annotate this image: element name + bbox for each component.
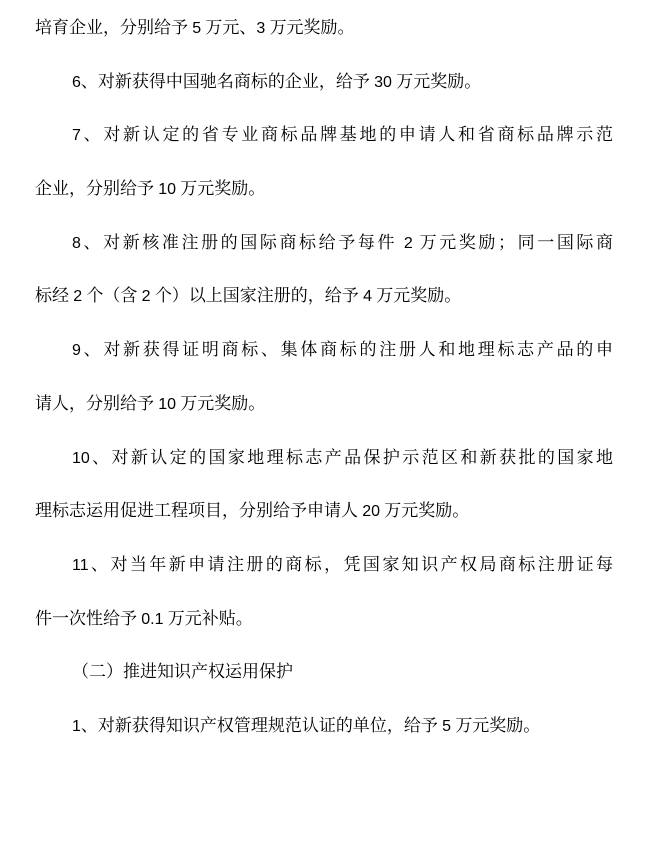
text-line: 11、对当年新申请注册的商标，凭国家知识产权局商标注册证每 (35, 538, 613, 592)
numeric-value: 0.1 (141, 611, 163, 628)
numeric-value: 4 (363, 288, 372, 305)
text-line: 标经 2 个（含 2 个）以上国家注册的，给予 4 万元奖励。 (35, 269, 613, 323)
section-heading: （二）推进知识产权运用保护 (35, 645, 613, 699)
numbered-item-7: 7、对新认定的省专业商标品牌基地的申请人和省商标品牌示范企业，分别给予 10 万… (35, 108, 613, 215)
text-line: 8、对新核准注册的国际商标给予每件 2 万元奖励；同一国际商 (35, 216, 613, 270)
numeric-value: 2 (142, 288, 151, 305)
numeric-value: 2 (404, 235, 413, 252)
numeric-value: 10 (72, 450, 90, 467)
text-line: 企业，分别给予 10 万元奖励。 (35, 162, 613, 216)
numeric-value: 3 (256, 20, 265, 37)
text-line: 10、对新认定的国家地理标志产品保护示范区和新获批的国家地 (35, 431, 613, 485)
numbered-item-1: 1、对新获得知识产权管理规范认证的单位，给予 5 万元奖励。 (35, 699, 613, 753)
numbered-item-8: 8、对新核准注册的国际商标给予每件 2 万元奖励；同一国际商标经 2 个（含 2… (35, 216, 613, 323)
numeric-value: 11 (72, 557, 89, 574)
text-line: 6、对新获得中国驰名商标的企业，给予 30 万元奖励。 (35, 55, 613, 109)
text-line: 9、对新获得证明商标、集体商标的注册人和地理标志产品的申 (35, 323, 613, 377)
text-line: （二）推进知识产权运用保护 (35, 645, 613, 699)
text-line: 请人，分别给予 10 万元奖励。 (35, 377, 613, 431)
text-line: 理标志运用促进工程项目，分别给予申请人 20 万元奖励。 (35, 484, 613, 538)
numbered-item-6: 6、对新获得中国驰名商标的企业，给予 30 万元奖励。 (35, 55, 613, 109)
numeric-value: 5 (192, 20, 201, 37)
numbered-item-10: 10、对新认定的国家地理标志产品保护示范区和新获批的国家地理标志运用促进工程项目… (35, 431, 613, 538)
numbered-item-9: 9、对新获得证明商标、集体商标的注册人和地理标志产品的申请人，分别给予 10 万… (35, 323, 613, 430)
numeric-value: 10 (158, 181, 176, 198)
numeric-value: 5 (442, 718, 451, 735)
text-line: 1、对新获得知识产权管理规范认证的单位，给予 5 万元奖励。 (35, 699, 613, 753)
numbered-item-11: 11、对当年新申请注册的商标，凭国家知识产权局商标注册证每件一次性给予 0.1 … (35, 538, 613, 645)
numeric-value: 8 (72, 235, 81, 252)
numeric-value: 30 (374, 74, 392, 91)
numeric-value: 1 (72, 718, 81, 735)
text-line: 培育企业，分别给予 5 万元、3 万元奖励。 (35, 1, 613, 55)
numeric-value: 9 (72, 342, 81, 359)
body-continuation: 培育企业，分别给予 5 万元、3 万元奖励。 (35, 1, 613, 55)
text-line: 件一次性给予 0.1 万元补贴。 (35, 592, 613, 646)
numeric-value: 7 (72, 127, 81, 144)
numeric-value: 10 (158, 396, 176, 413)
numeric-value: 20 (362, 503, 380, 520)
document-page: 培育企业，分别给予 5 万元、3 万元奖励。6、对新获得中国驰名商标的企业，给予… (0, 0, 650, 853)
text-line: 7、对新认定的省专业商标品牌基地的申请人和省商标品牌示范 (35, 108, 613, 162)
numeric-value: 2 (73, 288, 82, 305)
numeric-value: 6 (72, 74, 81, 91)
